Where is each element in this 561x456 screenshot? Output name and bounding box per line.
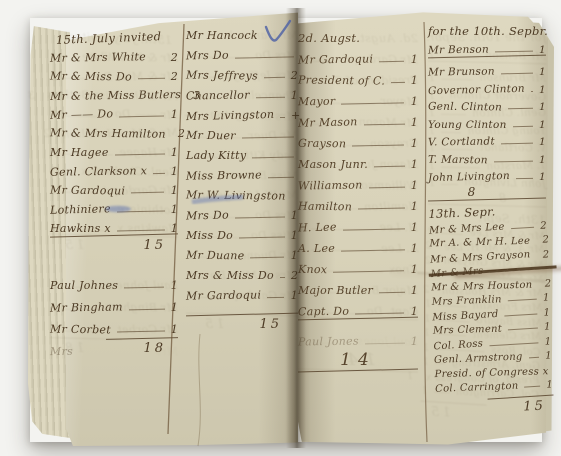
row-name: Knox <box>298 263 328 276</box>
row-dash <box>138 78 165 80</box>
row-dash <box>358 208 405 210</box>
row-count: 2 <box>542 249 549 260</box>
ledger-row: Mr Hagee1 <box>50 140 178 159</box>
row-count: 1 <box>539 101 546 113</box>
row-count: 1 <box>171 165 178 178</box>
photo-background: 15th. July invitedMr & Mrs White2Mr & Mi… <box>0 0 561 456</box>
row-name: Lady Kitty <box>186 149 246 162</box>
ledger-section: Mr HancockMrs DoMrs Jeffreys2Chancellor1… <box>186 22 298 332</box>
row-dash <box>252 157 294 159</box>
row-dash <box>513 125 533 126</box>
ledger-row: Mr Brunson1 <box>428 61 546 79</box>
row-name: Mayor <box>298 95 336 109</box>
row-count: 1 <box>411 74 418 87</box>
row-dash <box>267 297 284 298</box>
total-value: 15 <box>143 236 178 253</box>
row-count: 1 <box>411 137 418 150</box>
total-value: 15 <box>523 396 554 414</box>
row-name: Mr Bingham <box>50 300 123 314</box>
ledger-row: Mrs Livingston+ <box>186 102 298 122</box>
row-name: Mr W. Livingston <box>186 188 286 202</box>
ledger-row: Hamilton1 <box>298 192 418 213</box>
row-dash <box>235 56 294 58</box>
ledger-row: Lady Kitty <box>186 142 298 162</box>
row-count: 1 <box>291 229 298 242</box>
row-name: John Livington <box>428 170 510 184</box>
row-dash <box>239 237 285 239</box>
row-dash <box>494 160 533 162</box>
row-dash <box>341 102 404 104</box>
row-count: 1 <box>171 203 178 216</box>
ledger-column-left-inner: Mr HancockMrs DoMrs Jeffreys2Chancellor1… <box>186 22 298 332</box>
row-dash <box>529 357 539 359</box>
row-count: 1 <box>411 179 418 192</box>
row-name: Williamson <box>298 178 363 192</box>
row-dash <box>355 312 404 314</box>
row-dash <box>352 144 404 146</box>
divider-rule <box>298 318 418 326</box>
row-count: 2 <box>542 234 549 245</box>
row-dash <box>264 37 294 39</box>
row-dash <box>235 216 285 218</box>
row-count: 1 <box>539 171 546 183</box>
row-dash <box>256 97 285 99</box>
row-name: Mr & the Miss Butlers <box>50 88 181 103</box>
row-count: 1 <box>411 263 418 276</box>
row-dash <box>131 192 164 194</box>
row-name: Hamilton <box>298 200 352 214</box>
ledger-row: Williamson1 <box>298 171 418 192</box>
ledger-row: Mr & Mrs Hamilton2 <box>50 121 178 140</box>
row-name: Col. Carrington <box>435 381 519 395</box>
row-count: 1 <box>539 154 546 166</box>
ledger-row: Mr Duer <box>186 122 298 142</box>
row-name: Hawkins x <box>50 222 111 235</box>
ledger-row: T. Marston1 <box>428 148 546 166</box>
row-count: 1 <box>543 292 550 303</box>
ledger-row: Mr Hancock <box>186 22 298 42</box>
row-dash <box>268 177 294 179</box>
row-name: Mr Duane <box>186 249 245 263</box>
row-dash <box>501 143 533 145</box>
ledger-row: Mr Corbet1 <box>50 314 178 336</box>
total-value: 14 <box>340 348 376 370</box>
row-name: Mr —— Do <box>50 107 114 122</box>
row-count: 1 <box>291 289 298 302</box>
row-dash <box>292 197 294 198</box>
row-dash <box>508 299 537 302</box>
row-count: 1 <box>546 379 553 390</box>
ledger-section: for the 10th. Sepbr.Mr Benson1Mr Brunson… <box>428 14 546 200</box>
row-count: 1 <box>543 307 550 318</box>
row-dash <box>364 124 405 126</box>
ledger-column-left-outer: 15th. July invitedMr & Mrs White2Mr & Mi… <box>50 24 178 356</box>
section-header: for the 10th. Sepbr. <box>428 14 546 38</box>
ledger-column-right-outer: for the 10th. Sepbr.Mr Benson1Mr Brunson… <box>428 14 546 418</box>
row-count: 1 <box>411 53 418 66</box>
row-name: Mrs Jeffreys <box>186 69 258 83</box>
row-name: Mr Corbet <box>50 323 111 337</box>
ledger-row: John Livington1 <box>428 166 546 184</box>
row-count: 1 <box>411 284 418 297</box>
row-dash <box>365 343 405 345</box>
ledger-row: Col. Carrington1 <box>435 376 553 395</box>
ledger-row: Mr Bingham1 <box>50 292 178 314</box>
ledger-row: Grayson1 <box>298 129 418 150</box>
row-name: Mrs <box>50 345 73 358</box>
ledger-row: Mr Gardoqui1 <box>50 178 178 197</box>
row-dash <box>391 82 405 83</box>
row-count: 1 <box>545 350 552 361</box>
row-dash <box>379 61 404 63</box>
ledger-row: President of C.1 <box>298 66 418 87</box>
section-total: 15 <box>50 235 178 253</box>
total-value: 15 <box>259 315 298 332</box>
row-name: Mr Mason <box>298 115 358 130</box>
ledger-row: Knox1 <box>298 255 418 276</box>
row-name: Chancellor <box>186 89 250 103</box>
ledger-row: Mr Duane1 <box>186 242 298 262</box>
row-name: Paul Jones <box>298 335 359 349</box>
ledger-row: Young Clinton1 <box>428 113 546 131</box>
row-dash <box>511 226 534 228</box>
row-count: 1 <box>171 184 178 197</box>
row-count: 1 <box>171 279 178 292</box>
row-dash <box>152 59 165 60</box>
row-name: Mr Hagee <box>50 146 109 159</box>
row-name: Mr Gardoqui <box>298 52 373 66</box>
row-dash <box>250 257 284 259</box>
ledger-row: Miss Do1 <box>186 222 298 242</box>
ledger-row: Mr & Mrs White2 <box>50 45 178 64</box>
row-name: Young Clinton <box>428 119 507 131</box>
row-dash <box>264 77 285 78</box>
row-dash <box>524 269 545 271</box>
ledger-section: 2d. Augst.Mr Gardoqui1President of C.1Ma… <box>298 16 418 371</box>
row-name: Capt. Do <box>298 305 349 319</box>
row-dash <box>280 277 285 278</box>
row-dash <box>379 292 405 294</box>
ledger-row: Lothiniere1 <box>50 197 178 216</box>
row-dash <box>280 117 285 118</box>
row-name: V. Cortlandt <box>428 135 495 148</box>
row-count: 1 <box>411 95 418 108</box>
row-dash <box>117 229 165 231</box>
ledger-row: Major Butler1 <box>298 276 418 297</box>
row-dash <box>153 173 165 174</box>
row-count: 1 <box>291 89 298 102</box>
row-name: Mr & Mrs Hamilton <box>50 126 166 140</box>
ledger-row: Chancellor1 <box>186 82 298 102</box>
row-count: 1 <box>411 221 418 234</box>
row-dash <box>242 136 294 138</box>
row-count: 1 <box>291 209 298 222</box>
row-count: 2 <box>178 127 185 140</box>
ledger-row: Genl. Clinton1 <box>428 96 546 114</box>
row-dash <box>369 187 405 189</box>
row-count: 1 <box>411 335 418 348</box>
row-name: Lothiniere <box>50 202 111 217</box>
section-header: 15th. July invited <box>50 24 178 45</box>
row-count: 2 <box>171 51 178 64</box>
row-name: Genl. Clarkson x <box>50 164 147 179</box>
row-name: Mr Hancock <box>186 29 258 42</box>
row-count: 1 <box>171 323 178 336</box>
ledger-row: Genl. Clarkson x1 <box>50 159 178 178</box>
section-header: 2d. Augst. <box>298 16 418 45</box>
row-dash <box>501 73 533 75</box>
row-dash <box>79 352 174 355</box>
row-name: Mrs Livingston <box>186 108 275 123</box>
row-name: Mason Junr. <box>298 158 368 171</box>
row-count: 1 <box>539 119 546 131</box>
row-name: Mr Gardoqui <box>50 184 125 198</box>
section-total: 15 <box>436 395 555 418</box>
row-count: 2 <box>544 278 551 289</box>
row-name: Miss Browne <box>186 168 262 182</box>
row-dash <box>333 270 404 272</box>
row-dash <box>115 153 165 155</box>
ledger-row: Governor Clinton1 <box>428 78 546 96</box>
ledger-section: Paul Johnes1Mr Bingham1Mr Corbet1Mrs18 <box>50 270 178 356</box>
section-total: 8 <box>428 183 546 200</box>
ledger-row: Mayor1 <box>298 87 418 108</box>
row-count: 1 <box>411 116 418 129</box>
row-name: Mrs & Miss Do <box>186 269 274 282</box>
row-dash <box>341 249 405 251</box>
row-dash <box>117 210 165 212</box>
row-dash <box>505 313 538 316</box>
row-name: Mr & Mrs White <box>50 50 146 65</box>
row-name: Miss Do <box>186 229 233 242</box>
row-count: 1 <box>539 136 546 148</box>
section-total: 14 <box>298 348 418 371</box>
row-dash <box>374 166 405 168</box>
ledger-row: Mr & Miss Do2 <box>50 64 178 83</box>
row-count: 1 <box>411 242 418 255</box>
total-value: 8 <box>468 183 507 199</box>
ledger-row: Hawkins x1 <box>50 216 178 235</box>
row-name: T. Marston <box>428 153 488 166</box>
ledger-row: Mr W. Livingston <box>186 182 298 202</box>
row-count: 1 <box>539 66 546 78</box>
ledger-row: Mason Junr.1 <box>298 150 418 171</box>
row-dash <box>124 287 164 289</box>
row-count: 1 <box>291 249 298 262</box>
row-dash <box>508 328 538 331</box>
header-text: 2d. Augst. <box>298 31 360 45</box>
ledger-column-right-inner: 2d. Augst.Mr Gardoqui1President of C.1Ma… <box>298 16 418 371</box>
header-text: for the 10th. Sepbr. <box>428 24 548 38</box>
row-count: 2 <box>540 220 547 231</box>
ledger-section: 15th. July invitedMr & Mrs White2Mr & Mi… <box>50 24 178 253</box>
row-name: Mr Gardoqui <box>186 288 261 302</box>
ledger-row: Paul Johnes1 <box>50 270 178 292</box>
ledger-row: Mrs Do1 <box>186 202 298 222</box>
row-dash <box>129 309 165 311</box>
ledger-row: Mrs Do <box>186 42 298 62</box>
row-dash <box>119 116 164 118</box>
ledger-row: Mr & the Miss Butlers3 <box>50 83 178 102</box>
row-name: Mrs Do <box>186 49 229 63</box>
ledger-row: V. Cortlandt1 <box>428 131 546 149</box>
ledger-section: 13th. Sepr.Mr & Mrs Lee2Mr A. & Mr H. Le… <box>428 198 554 417</box>
row-count: 1 <box>544 336 551 347</box>
row-dash <box>343 228 405 230</box>
row-dash <box>525 386 541 388</box>
row-name: Major Butler <box>298 284 373 297</box>
row-dash <box>495 50 533 52</box>
ledger-row: H. Lee1 <box>298 213 418 234</box>
row-name: Mr & Miss Do <box>50 70 132 84</box>
row-dash <box>489 342 538 346</box>
row-count: 1 <box>411 158 418 171</box>
row-count: 2 <box>291 69 298 82</box>
row-name: Mr Brunson <box>428 65 495 78</box>
row-name: A. Lee <box>298 242 335 255</box>
row-name: Genl. Clinton <box>428 101 502 114</box>
row-name: Mrs Do <box>186 208 229 222</box>
row-dash <box>117 331 165 333</box>
row-name: Grayson <box>298 137 346 151</box>
ledger-row: Mr —— Do1 <box>50 102 178 121</box>
ledger-row: Paul Jones1 <box>298 326 418 348</box>
ledger-row: Mr Gardoqui1 <box>298 45 418 66</box>
ledger-row: Mrs & Miss Do2 <box>186 262 298 282</box>
ledger-row: Capt. Do1 <box>298 297 418 318</box>
ledger-row: Miss Browne <box>186 162 298 182</box>
row-count: 1 <box>411 200 418 213</box>
row-count: 1 <box>544 321 551 332</box>
ledger-row: Mr Gardoqui1 <box>186 282 298 302</box>
row-name: Paul Johnes <box>50 279 118 292</box>
row-count: 1 <box>171 301 178 314</box>
ledger-row: Mr Mason1 <box>298 108 418 129</box>
row-dash <box>531 90 533 91</box>
row-name: Mr Benson <box>428 43 489 56</box>
ledger-row: A. Lee1 <box>298 234 418 255</box>
row-count: 1 <box>171 108 178 121</box>
ledger-row: Mr Benson1 <box>428 38 546 56</box>
row-count: 1 <box>539 84 546 96</box>
row-name: President of C. <box>298 73 385 87</box>
row-count: 1 <box>171 146 178 159</box>
section-total: 15 <box>186 314 298 332</box>
row-dash <box>516 178 533 179</box>
row-count: 2 <box>171 70 178 83</box>
row-name: H. Lee <box>298 220 337 234</box>
row-name: Mr Duer <box>186 129 236 143</box>
row-dash <box>508 108 533 110</box>
ledger-row: Mrs Jeffreys2 <box>186 62 298 82</box>
